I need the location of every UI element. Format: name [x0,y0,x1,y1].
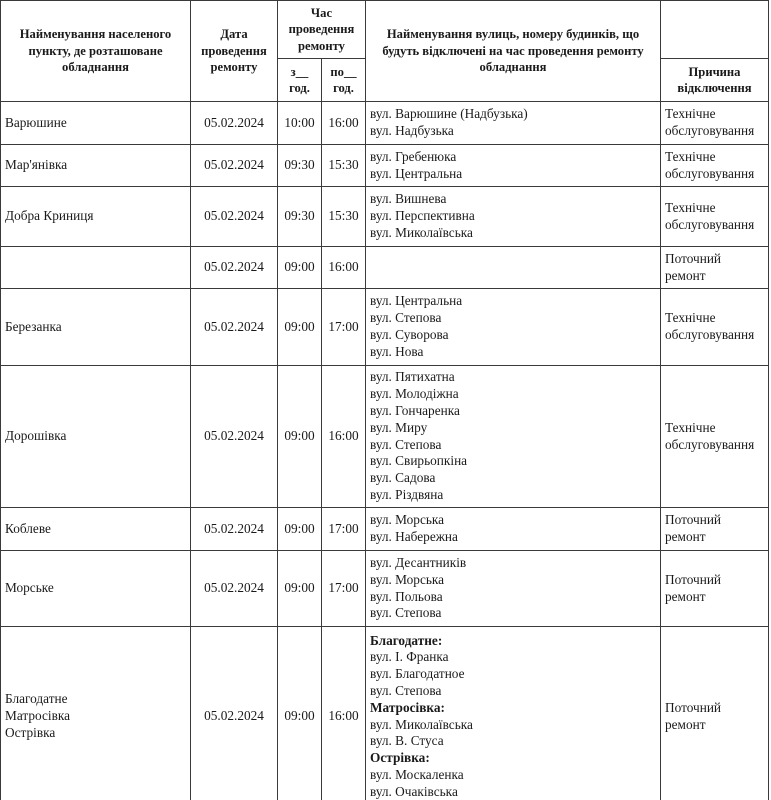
date-cell: 05.02.2024 [191,627,278,800]
street-name: вул. Гончаренка [370,403,656,420]
time-to-cell: 15:30 [322,145,366,187]
outage-schedule-table: Найменування населеного пункту, де розта… [0,0,769,800]
street-name: вул. Перспективна [370,208,656,225]
street-name: вул. Морська [370,512,656,529]
table-row: Добра Криниця05.02.202409:3015:30вул. Ви… [1,187,769,247]
settlement-name: Острівка [5,725,186,742]
settlement-cell: Березанка [1,289,191,366]
street-name: вул. Миру [370,420,656,437]
reason-cell: Поточний ремонт [661,247,769,289]
table-row: 05.02.202409:0016:00Поточний ремонт [1,247,769,289]
street-name: вул. Москаленка [370,767,656,784]
street-name: вул. Степова [370,310,656,327]
settlement-cell: Коблеве [1,508,191,551]
street-name: вул. Різдвяна [370,487,656,504]
time-from-cell: 09:00 [278,508,322,551]
settlement-name: Добра Криниця [5,208,186,225]
settlement-cell: Добра Криниця [1,187,191,247]
street-name: вул. Десантників [370,555,656,572]
time-from-cell: 09:00 [278,551,322,627]
street-group-label: Благодатне: [370,633,656,650]
header-row: Найменування населеного пункту, де розта… [1,1,769,59]
reason-cell: Технічне обслуговування [661,145,769,187]
settlement-cell: Мар'янівка [1,145,191,187]
street-name: вул. Садова [370,470,656,487]
street-name: вул. Центральна [370,293,656,310]
streets-cell: вул. Центральнавул. Степовавул. Суворова… [366,289,661,366]
streets-cell: вул. Варюшине (Надбузька)вул. Надбузька [366,102,661,145]
street-name: вул. Степова [370,605,656,622]
date-cell: 05.02.2024 [191,247,278,289]
street-name: вул. Морська [370,572,656,589]
settlement-name: Морське [5,580,186,597]
time-from-cell: 09:30 [278,145,322,187]
streets-cell: вул. Морськавул. Набережна [366,508,661,551]
streets-cell: Благодатне:вул. І. Франкавул. Благодатно… [366,627,661,800]
time-to-cell: 17:00 [322,289,366,366]
settlement-name: Мар'янівка [5,157,186,174]
streets-cell: вул. Вишневавул. Перспективнавул. Микола… [366,187,661,247]
street-name: вул. Миколаївська [370,225,656,242]
date-cell: 05.02.2024 [191,551,278,627]
settlement-name: Варюшине [5,115,186,132]
settlement-cell: Морське [1,551,191,627]
settlement-name: Дорошівка [5,428,186,445]
table-row: Варюшине05.02.202410:0016:00вул. Варюшин… [1,102,769,145]
street-group-label: Острівка: [370,750,656,767]
street-name: вул. Набережна [370,529,656,546]
header-time-from: з__ год. [278,59,322,102]
header-settlement: Найменування населеного пункту, де розта… [1,1,191,102]
date-cell: 05.02.2024 [191,366,278,508]
header-time-to: по__ год. [322,59,366,102]
settlement-name: Благодатне [5,691,186,708]
time-to-cell: 16:00 [322,627,366,800]
streets-cell: вул. Пятихатнавул. Молодіжнавул. Гончаре… [366,366,661,508]
table-row: БлагодатнеМатросівкаОстрівка05.02.202409… [1,627,769,800]
settlement-cell: Варюшине [1,102,191,145]
time-to-cell: 16:00 [322,247,366,289]
date-cell: 05.02.2024 [191,187,278,247]
table-row: Дорошівка05.02.202409:0016:00вул. Пятиха… [1,366,769,508]
time-from-cell: 09:00 [278,627,322,800]
reason-cell: Поточний ремонт [661,627,769,800]
time-from-cell: 10:00 [278,102,322,145]
table-row: Березанка05.02.202409:0017:00вул. Центра… [1,289,769,366]
settlement-name: Березанка [5,319,186,336]
schedule-body: Варюшине05.02.202410:0016:00вул. Варюшин… [1,102,769,800]
date-cell: 05.02.2024 [191,102,278,145]
time-to-cell: 17:00 [322,551,366,627]
header-streets: Найменування вулиць, номеру будинків, що… [366,1,661,102]
time-to-cell: 17:00 [322,508,366,551]
table-row: Мар'янівка05.02.202409:3015:30вул. Гребе… [1,145,769,187]
street-group-label: Матросівка: [370,700,656,717]
date-cell: 05.02.2024 [191,145,278,187]
time-from-cell: 09:00 [278,247,322,289]
settlement-cell [1,247,191,289]
header-blank-cell [661,1,769,59]
street-name: вул. Гребенюка [370,149,656,166]
street-name: вул. Нова [370,344,656,361]
date-cell: 05.02.2024 [191,508,278,551]
reason-cell: Технічне обслуговування [661,366,769,508]
street-name: вул. Очаківська [370,784,656,800]
time-from-cell: 09:30 [278,187,322,247]
date-cell: 05.02.2024 [191,289,278,366]
reason-cell: Технічне обслуговування [661,289,769,366]
street-name: вул. Варюшине (Надбузька) [370,106,656,123]
streets-cell [366,247,661,289]
street-name: вул. В. Стуса [370,733,656,750]
time-from-cell: 09:00 [278,289,322,366]
street-name: вул. Степова [370,437,656,454]
time-to-cell: 16:00 [322,366,366,508]
street-name: вул. Вишнева [370,191,656,208]
header-reason: Причина відключення [661,59,769,102]
street-name: вул. Молодіжна [370,386,656,403]
street-name: вул. Степова [370,683,656,700]
settlement-cell: Дорошівка [1,366,191,508]
time-to-cell: 16:00 [322,102,366,145]
time-from-cell: 09:00 [278,366,322,508]
header-time-group: Час проведення ремонту [278,1,366,59]
street-name: вул. Миколаївська [370,717,656,734]
street-name: вул. Суворова [370,327,656,344]
reason-cell: Поточний ремонт [661,508,769,551]
street-name: вул. І. Франка [370,649,656,666]
table-row: Коблеве05.02.202409:0017:00вул. Морськав… [1,508,769,551]
reason-cell: Технічне обслуговування [661,187,769,247]
settlement-cell: БлагодатнеМатросівкаОстрівка [1,627,191,800]
table-row: Морське05.02.202409:0017:00вул. Десантни… [1,551,769,627]
reason-cell: Технічне обслуговування [661,102,769,145]
settlement-name: Матросівка [5,708,186,725]
header-date: Дата проведення ремонту [191,1,278,102]
time-to-cell: 15:30 [322,187,366,247]
reason-cell: Поточний ремонт [661,551,769,627]
street-name: вул. Надбузька [370,123,656,140]
settlement-name: Коблеве [5,521,186,538]
street-name: вул. Благодатное [370,666,656,683]
street-name: вул. Пятихатна [370,369,656,386]
streets-cell: вул. Десантниківвул. Морськавул. Польова… [366,551,661,627]
streets-cell: вул. Гребенюкавул. Центральна [366,145,661,187]
street-name: вул. Центральна [370,166,656,183]
street-name: вул. Польова [370,589,656,606]
street-name: вул. Свирьопкіна [370,453,656,470]
